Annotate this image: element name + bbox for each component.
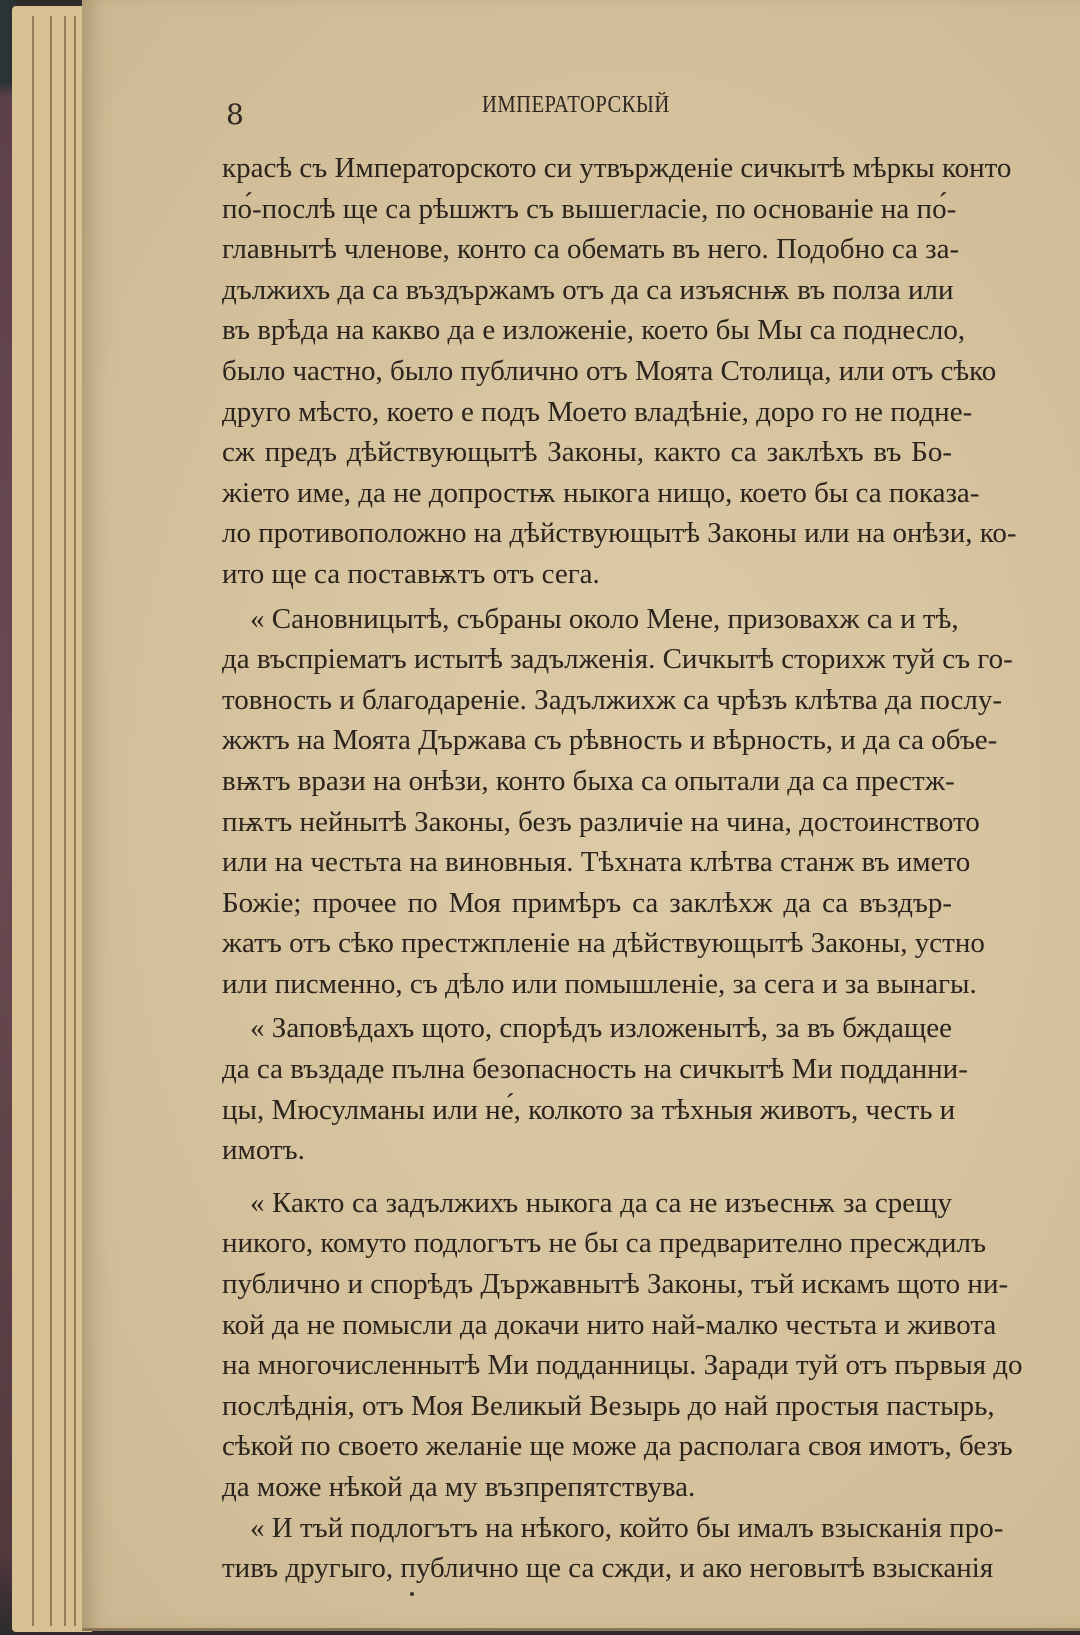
text-line: да въспріематъ истытѣ задълженія. Сичкыт…: [222, 639, 952, 680]
paragraph: « Заповѣдахъ щото, спорѣдъ изложенытѣ, з…: [222, 1008, 952, 1170]
page-edge-line: [50, 16, 52, 1626]
text-line: товность и благодареніе. Задължихж са чр…: [222, 680, 952, 721]
text-line: жатъ отъ сѣко престжпленіе на дѣйствующы…: [222, 923, 952, 964]
text-line: « Сановницытѣ, събраны около Мене, призо…: [222, 599, 952, 640]
text-line: главнытѣ членове, конто са обемать въ не…: [222, 229, 952, 270]
text-line: публично и спорѣдъ Държавнытѣ Законы, тъ…: [222, 1264, 952, 1305]
text-line: « Заповѣдахъ щото, спорѣдъ изложенытѣ, з…: [222, 1008, 952, 1049]
text-line: « Както са задължихъ ныкога да са не изъ…: [222, 1183, 952, 1224]
paragraph: « Както са задължихъ ныкога да са не изъ…: [222, 1183, 952, 1508]
paragraph: « И тъй подлогътъ на нѣкого, който бы им…: [222, 1508, 952, 1589]
ink-speck: [410, 1592, 414, 1596]
page-edge-line: [64, 16, 66, 1626]
text-line: Божіе; прочее по Моя примѣръ са заклѣхж …: [222, 883, 952, 924]
text-line: « И тъй подлогътъ на нѣкого, който бы им…: [222, 1508, 952, 1549]
text-line: кой да не помысли да докачи нито най-мал…: [222, 1305, 952, 1346]
text-line: въ врѣда на какво да е изложеніе, което …: [222, 310, 952, 351]
page-number: 8: [226, 98, 244, 131]
text-line: имотъ.: [222, 1130, 952, 1171]
text-line: красѣ съ Императорското си утвържденіе с…: [222, 148, 952, 189]
text-line: послѣднія, отъ Моя Великый Везырь до най…: [222, 1386, 952, 1427]
text-line: ито ще са поставѭтъ отъ сега.: [222, 554, 952, 595]
text-line: тивъ другыго, публично ще са сжди, и ако…: [222, 1548, 952, 1589]
text-line: по́-послѣ ще са рѣшжтъ съ вышегласіе, по…: [222, 189, 952, 230]
text-line: или на честьта на виновныя. Тѣхната клѣт…: [222, 842, 952, 883]
text-line: да може нѣкой да му възпрепятствува.: [222, 1467, 952, 1508]
text-line: или писменно, съ дѣло или помышленіе, за…: [222, 964, 952, 1005]
paragraph: красѣ съ Императорското си утвържденіе с…: [222, 148, 952, 595]
page-edges: [12, 6, 92, 1632]
text-line: вѭтъ врази на онѣзи, конто быха са опыта…: [222, 761, 952, 802]
page-edge-line: [74, 16, 76, 1626]
text-line: цы, Мюсулманы или не́, колкото за тѣхныя…: [222, 1090, 952, 1131]
text-line: жіето име, да не допростѭ ныкога нищо, к…: [222, 473, 952, 514]
text-line: было частно, было публично отъ Моята Сто…: [222, 351, 952, 392]
text-line: сж предъ дѣйствующытѣ Законы, както са з…: [222, 432, 952, 473]
running-head: ИМПЕРАТОРСКЫЙ: [482, 92, 670, 119]
text-line: да са въздаде пълна безопасность на сичк…: [222, 1049, 952, 1090]
text-line: никого, комуто подлогътъ не бы са предва…: [222, 1223, 952, 1264]
paragraph: « Сановницытѣ, събраны около Мене, призо…: [222, 599, 952, 1005]
text-line: дължихъ да са въздържамъ отъ да са изъяс…: [222, 270, 952, 311]
book-page: 8 ИМПЕРАТОРСКЫЙ красѣ съ Императорското …: [82, 0, 1080, 1631]
text-line: ло противоположно на дѣйствующытѣ Законы…: [222, 513, 952, 554]
text-line: жжтъ на Моята Държава съ рѣвность и вѣрн…: [222, 720, 952, 761]
text-line: на многочисленнытѣ Ми подданницы. Заради…: [222, 1345, 952, 1386]
body-text: красѣ съ Императорското си утвържденіе с…: [222, 148, 952, 1589]
page-edge-line: [32, 16, 34, 1626]
text-line: сѣкой по своето желаніе ще може да распо…: [222, 1426, 952, 1467]
text-line: друго мѣсто, което е подъ Моето владѣніе…: [222, 392, 952, 433]
text-line: пѭтъ нейнытѣ Законы, безъ различіе на чи…: [222, 802, 952, 843]
